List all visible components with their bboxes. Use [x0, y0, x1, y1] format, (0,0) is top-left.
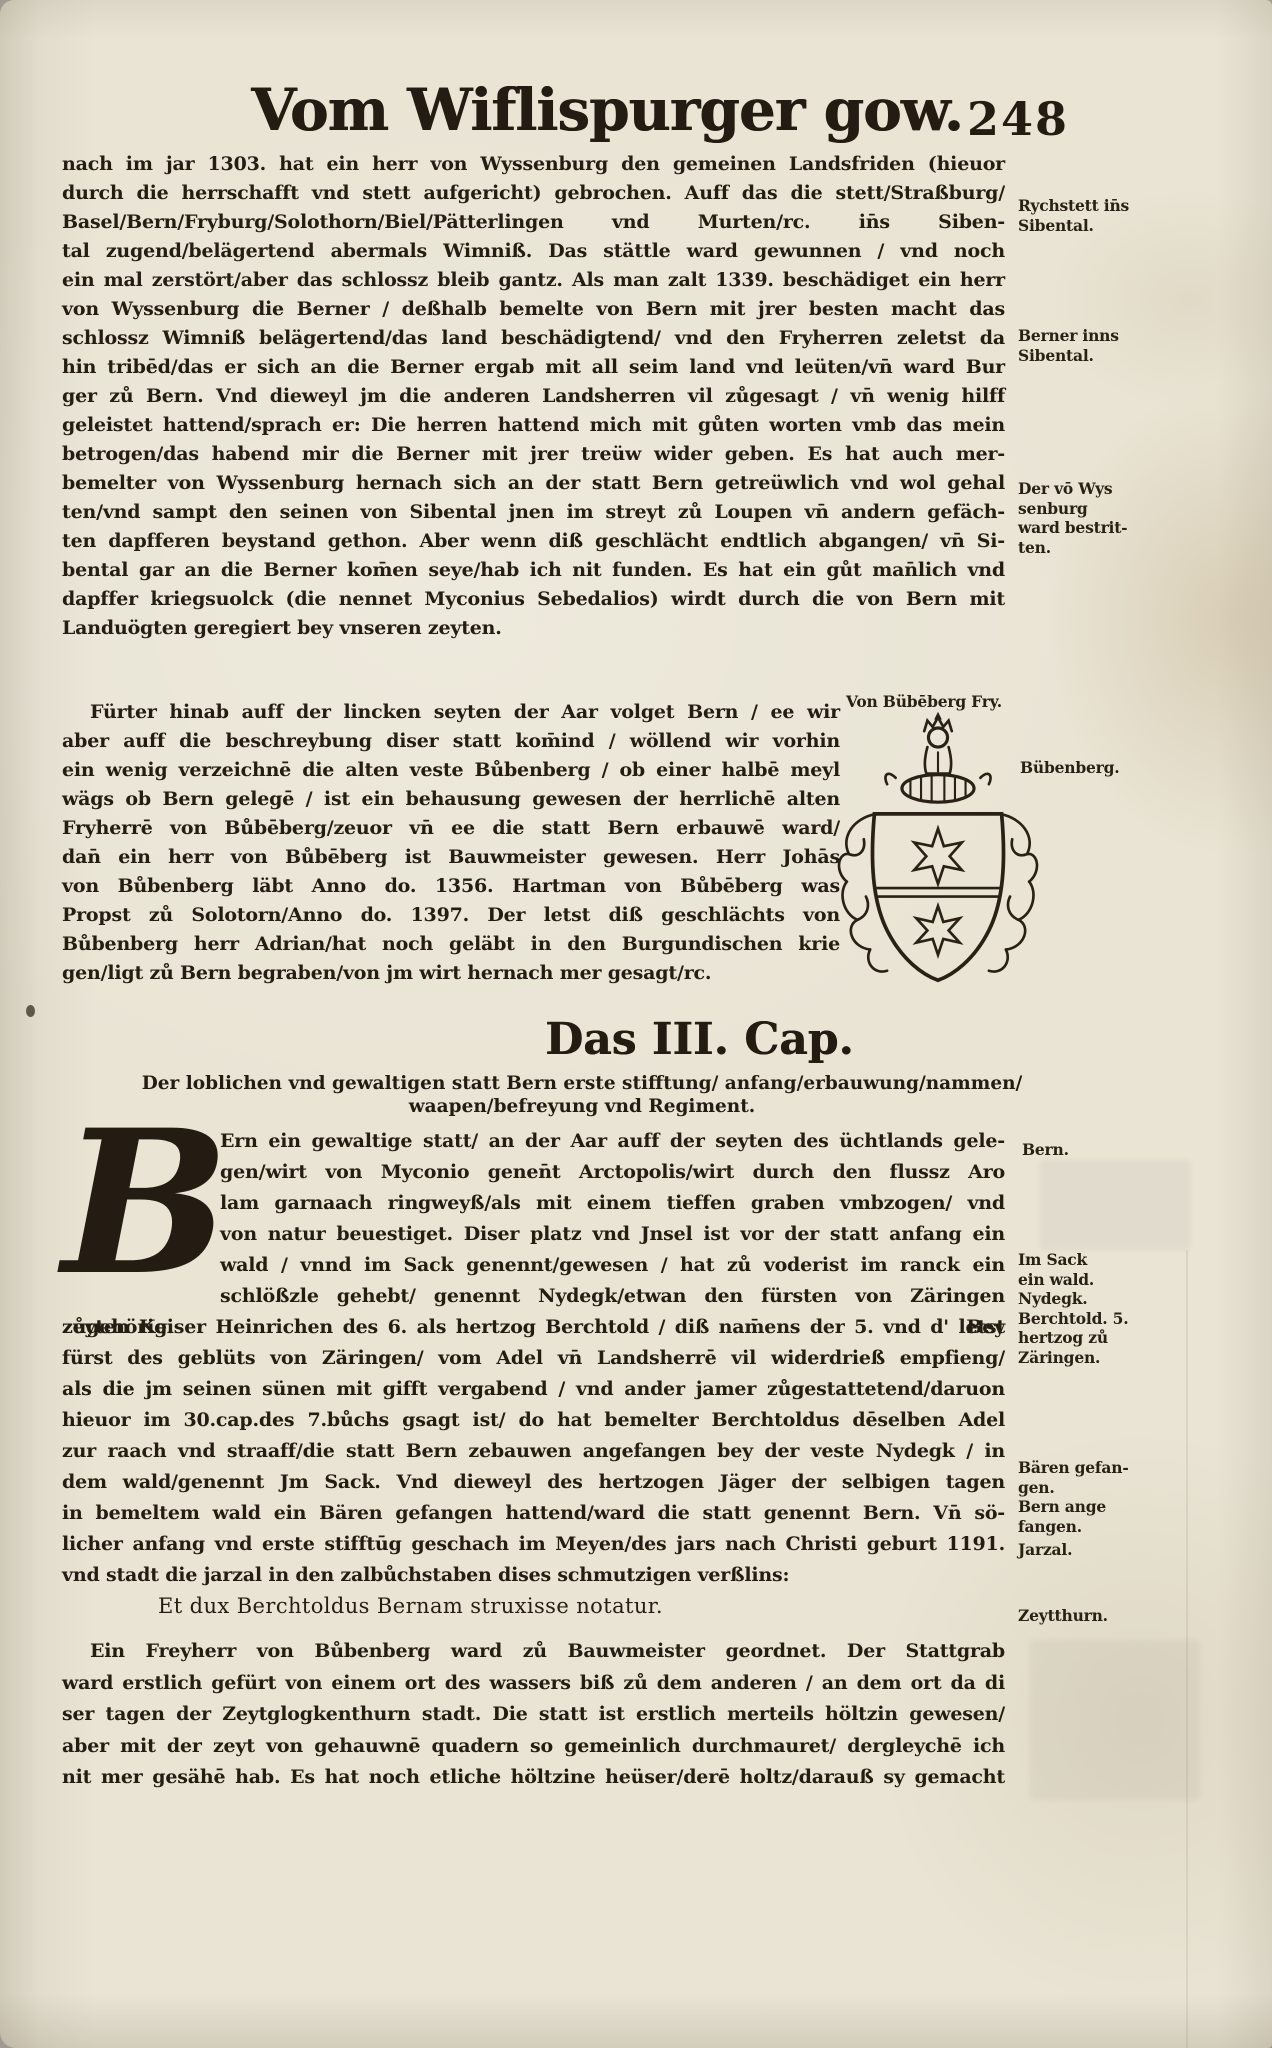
- text-line: aber auff die beschreybung diser statt k…: [62, 727, 840, 756]
- show-through-stain: [1030, 1640, 1200, 1800]
- text-line: vnd stadt die jarzal in den zalbůchstabe…: [62, 1560, 1005, 1591]
- margin-note-line: fangen.: [1018, 1517, 1174, 1537]
- text-line: wägs ob Bern gelegē / ist ein behausung …: [62, 785, 840, 814]
- crest-crowned-man: [924, 714, 952, 773]
- text-line: betrogen/das habend mir die Berner mit j…: [62, 440, 1005, 469]
- margin-note-line: Rychstett in̄s: [1018, 196, 1174, 216]
- margin-note-line: gen.: [1018, 1478, 1174, 1498]
- margin-note-line: hertzog zů: [1018, 1328, 1174, 1348]
- text-line: hin tribēd/das er sich an die Berner erg…: [62, 353, 1005, 382]
- text-line: von Wyssenburg die Berner / deßhalb beme…: [62, 295, 1005, 324]
- latin-verse: Et dux Berchtoldus Bernam struxisse nota…: [62, 1591, 1005, 1622]
- text-line: ein wenig verzeichnē die alten veste Bůb…: [62, 756, 840, 785]
- margin-note-line: Bären gefan-: [1018, 1458, 1174, 1478]
- margin-note-berner: Berner inns Sibental.: [1018, 326, 1174, 365]
- margin-note-baren: Bären gefan- gen. Bern ange fangen.: [1018, 1458, 1174, 1536]
- text-line: Bůbenberg herr Adrian/hat noch geläbt in…: [62, 930, 840, 959]
- text-line: zeyten Keiser Heinrichen des 6. als hert…: [62, 1312, 1005, 1343]
- bubenberg-coat-of-arms: [832, 712, 1044, 992]
- margin-note-im-sack: Im Sack ein wald. Nydegk. Berchtold. 5. …: [1018, 1250, 1174, 1367]
- margin-note-line: Berchtold. 5.: [1018, 1309, 1174, 1329]
- show-through-stain: [1040, 1160, 1190, 1250]
- text-line: Ein Freyherr von Bůbenberg ward zů Bauwm…: [62, 1636, 1005, 1668]
- paragraph-4: Ein Freyherr von Bůbenberg ward zů Bauwm…: [62, 1636, 1005, 1794]
- paragraph-2: Fürter hinab auff der lincken seyten der…: [62, 698, 840, 988]
- margin-note-wyssenburg: Der vō Wys senburg ward bestrit- ten.: [1018, 479, 1174, 557]
- text-line: bental gar an die Berner kom̄en seye/hab…: [62, 556, 1005, 585]
- margin-note-line: Sibental.: [1018, 346, 1174, 366]
- chapter-heading: Das III. Cap.: [545, 1014, 854, 1065]
- text-line: bemelter von Wyssenburg hernach sich an …: [62, 469, 1005, 498]
- text-line: hieuor im 30.cap.des 7.bůchs gsagt ist/ …: [62, 1405, 1005, 1436]
- text-line: aber mit der zeyt von gehauwnē quadern s…: [62, 1731, 1005, 1763]
- text-line: von Bůbenberg läbt Anno do. 1356. Hartma…: [62, 872, 840, 901]
- text-line: zur raach vnd straaff/die statt Bern zeb…: [62, 1436, 1005, 1467]
- text-line: nit mer gesähē hab. Es hat noch etliche …: [62, 1762, 1005, 1794]
- margin-note-bubenberg: Bübenberg.: [1020, 758, 1176, 778]
- text-line: ein mal zerstört/aber das schlossz bleib…: [62, 266, 1005, 295]
- margin-note-rychstett: Rychstett in̄s Sibental.: [1018, 196, 1174, 235]
- text-line: ten dapfferen beystand gethon. Aber wenn…: [62, 527, 1005, 556]
- margin-note-line: Sibental.: [1018, 216, 1174, 236]
- text-line: dapffer kriegsuolck (die nennet Myconius…: [62, 585, 1005, 614]
- text-line: ten/vnd sampt den seinen von Sibental jn…: [62, 498, 1005, 527]
- margin-note-line: ein wald.: [1018, 1270, 1174, 1290]
- text-line: schlossz Wimniß belägertend/das land bes…: [62, 324, 1005, 353]
- text-line: geleistet hattend/sprach er: Die herren …: [62, 411, 1005, 440]
- text-line: dan̄ ein herr von Bůbēberg ist Bauwmeist…: [62, 843, 840, 872]
- margin-note-line: ward bestrit-: [1018, 518, 1174, 538]
- text-line: ser tagen der Zeytglogkenthurn stadt. Di…: [62, 1699, 1005, 1731]
- text-line: licher anfang vnd erste stifftūg geschac…: [62, 1529, 1005, 1560]
- text-line: gen/ligt zů Bern begraben/von jm wirt he…: [62, 959, 840, 988]
- margin-note-zeytthurn: Zeytthurn.: [1018, 1606, 1174, 1626]
- margin-note-line: Im Sack: [1018, 1250, 1174, 1270]
- margin-note-line: Der vō Wys: [1018, 479, 1174, 499]
- text-line: nach im jar 1303. hat ein herr von Wysse…: [62, 150, 1005, 179]
- text-line: Fürter hinab auff der lincken seyten der…: [62, 698, 840, 727]
- margin-note-von-bubenberg-fry: Von Bübēberg Fry.: [846, 692, 1002, 712]
- text-line: ger zů Bern. Vnd dieweyl jm die anderen …: [62, 382, 1005, 411]
- ornate-initial-letter: B: [62, 1128, 208, 1284]
- text-line: fürst des geblüts von Zäringen/ vom Adel…: [62, 1343, 1005, 1374]
- text-line: Propst zů Solotorn/Anno do. 1397. Der le…: [62, 901, 840, 930]
- text-line: tal zugend/belägertend abermals Wimniß. …: [62, 237, 1005, 266]
- text-line: ward erstlich gefürt von einem ort des w…: [62, 1668, 1005, 1700]
- crest-coronet: [885, 774, 990, 802]
- text-line: dem wald/genennt Jm Sack. Vnd dieweyl de…: [62, 1467, 1005, 1498]
- text-line: durch die herrschafft vnd stett aufgeric…: [62, 179, 1005, 208]
- margin-note-line: Berner inns: [1018, 326, 1174, 346]
- text-line: als die jm seinen sünen mit gifft vergab…: [62, 1374, 1005, 1405]
- text-line: in bemeltem wald ein Bären gefangen hatt…: [62, 1498, 1005, 1529]
- paragraph-3: B Ern ein gewaltige statt/ an der Aar au…: [62, 1126, 1005, 1622]
- margin-note-line: Nydegk.: [1018, 1289, 1174, 1309]
- text-line: Basel/Bern/Fryburg/Solothorn/Biel/Pätter…: [62, 208, 1005, 237]
- text-line: Fryherrē von Bůbēberg/zeuor vn̄ ee die s…: [62, 814, 840, 843]
- margin-note-line: Zäringen.: [1018, 1348, 1174, 1368]
- paragraph-1: nach im jar 1303. hat ein herr von Wysse…: [62, 150, 1005, 643]
- margin-note-jarzal: Jarzal.: [1018, 1540, 1174, 1560]
- margin-note-bern: Bern.: [1022, 1140, 1178, 1160]
- page-number: 248: [967, 92, 1069, 146]
- book-page: Vom Wiflispurger gow. 248 nach im jar 13…: [0, 0, 1272, 2048]
- text-line: Landuögten geregiert bey vnseren zeyten.: [62, 614, 1005, 643]
- margin-note-line: Bern ange: [1018, 1497, 1174, 1517]
- ink-speck: [26, 1005, 35, 1017]
- margin-note-line: ten.: [1018, 538, 1174, 558]
- margin-note-line: senburg: [1018, 499, 1174, 519]
